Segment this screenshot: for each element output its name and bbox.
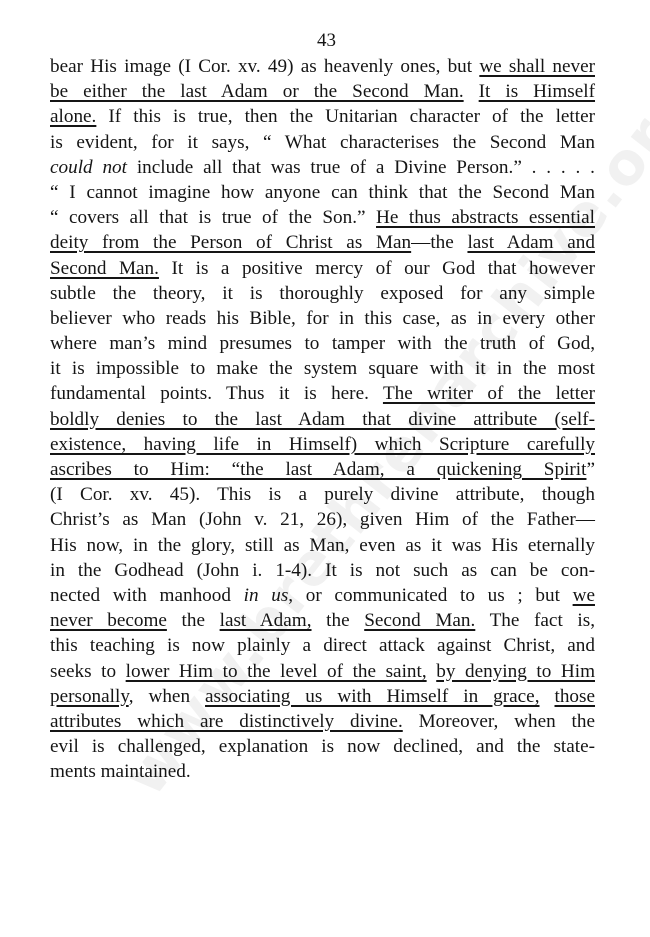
text-run: , when xyxy=(129,686,205,707)
underlined-passage: attributes which are distinctively divin… xyxy=(50,711,403,732)
text-line: His now, in the glory, still as Man, eve… xyxy=(50,533,595,558)
text-line: existence, having life in Himself) which… xyxy=(50,432,595,457)
text-run: fundamental points. Thus it is here. xyxy=(50,383,383,404)
text-run: , or communicated to us ; but xyxy=(288,585,572,606)
text-line: deity from the Person of Christ as Man—t… xyxy=(50,230,595,255)
text-run: it is impossible to make the system squa… xyxy=(50,358,595,379)
underlined-passage: ascribes to Him: “the last Adam, a quick… xyxy=(50,459,586,480)
text-line: bear His image (I Cor. xv. 49) as heaven… xyxy=(50,54,595,79)
underlined-passage: be either the last Adam or the Second Ma… xyxy=(50,81,464,102)
text-run: The fact is, xyxy=(475,610,595,631)
underlined-passage: personally xyxy=(50,686,129,707)
italic-text: in us xyxy=(244,585,289,606)
text-line: (I Cor. xv. 45). This is a purely divine… xyxy=(50,482,595,507)
text-line: Second Man. It is a positive mercy of ou… xyxy=(50,256,595,281)
underlined-passage: The writer of the letter xyxy=(383,383,595,404)
text-line: ments maintained. xyxy=(50,759,595,784)
text-line: where man’s mind presumes to tamper with… xyxy=(50,331,595,356)
underlined-passage: we shall never xyxy=(479,56,595,77)
underlined-passage: lower Him to the level of the saint, xyxy=(126,661,427,682)
body-text: bear His image (I Cor. xv. 49) as heaven… xyxy=(50,54,595,784)
text-run: is evident, for it says, “ What characte… xyxy=(50,132,595,153)
text-run: “ I cannot imagine how anyone can think … xyxy=(50,182,595,203)
underlined-passage: associating us with Himself in grace, xyxy=(205,686,539,707)
text-run: ments maintained. xyxy=(50,761,191,782)
text-run: If this is true, then the Unitarian char… xyxy=(96,106,595,127)
text-line: “ I cannot imagine how anyone can think … xyxy=(50,180,595,205)
text-line: boldly denies to the last Adam that divi… xyxy=(50,407,595,432)
text-run: (I Cor. xv. 45). This is a purely divine… xyxy=(50,484,595,505)
text-run: seeks to xyxy=(50,661,126,682)
underlined-passage: we xyxy=(573,585,595,606)
text-run: —the xyxy=(411,232,467,253)
underlined-passage: alone. xyxy=(50,106,96,127)
page-number: 43 xyxy=(50,30,595,52)
text-run: the xyxy=(312,610,365,631)
underlined-passage: existence, having life in Himself) which… xyxy=(50,434,595,455)
text-line: could not include all that was true of a… xyxy=(50,155,595,180)
text-run: nected with manhood xyxy=(50,585,244,606)
underlined-passage: Second Man. xyxy=(364,610,475,631)
text-run xyxy=(427,661,437,682)
text-line: in the Godhead (John i. 1-4). It is not … xyxy=(50,558,595,583)
underlined-passage: Second Man. xyxy=(50,258,159,279)
text-line: “ covers all that is true of the Son.” H… xyxy=(50,205,595,230)
text-line: fundamental points. Thus it is here. The… xyxy=(50,381,595,406)
underlined-passage: boldly denies to the last Adam that divi… xyxy=(50,409,595,430)
text-line: seeks to lower Him to the level of the s… xyxy=(50,659,595,684)
text-run: Moreover, when the xyxy=(403,711,595,732)
text-line: is evident, for it says, “ What characte… xyxy=(50,130,595,155)
text-run: Christ’s as Man (John v. 21, 26), given … xyxy=(50,509,595,530)
underlined-passage: by denying to Him xyxy=(436,661,595,682)
text-run xyxy=(540,686,555,707)
text-line: ascribes to Him: “the last Adam, a quick… xyxy=(50,457,595,482)
text-line: Christ’s as Man (John v. 21, 26), given … xyxy=(50,507,595,532)
text-line: never become the last Adam, the Second M… xyxy=(50,608,595,633)
underlined-passage: He thus abstracts essential xyxy=(376,207,595,228)
text-run: include all that was true of a Divine Pe… xyxy=(127,157,595,178)
underlined-passage: deity from the Person of Christ as Man xyxy=(50,232,411,253)
text-line: attributes which are distinctively divin… xyxy=(50,709,595,734)
text-run: bear His image (I Cor. xv. 49) as heaven… xyxy=(50,56,479,77)
text-line: personally, when associating us with Him… xyxy=(50,684,595,709)
text-run: in the Godhead (John i. 1-4). It is not … xyxy=(50,560,595,581)
text-line: evil is challenged, explanation is now d… xyxy=(50,734,595,759)
text-run: ” xyxy=(586,459,595,480)
text-line: alone. If this is true, then the Unitari… xyxy=(50,104,595,129)
text-run: where man’s mind presumes to tamper with… xyxy=(50,333,595,354)
text-run: believer who reads his Bible, for in thi… xyxy=(50,308,595,329)
text-run: It is a positive mercy of our God that h… xyxy=(159,258,595,279)
text-run xyxy=(464,81,479,102)
text-run: subtle the theory, it is thoroughly expo… xyxy=(50,283,595,304)
text-line: nected with manhood in us, or communicat… xyxy=(50,583,595,608)
underlined-passage: last Adam and xyxy=(467,232,595,253)
text-line: subtle the theory, it is thoroughly expo… xyxy=(50,281,595,306)
text-run: this teaching is now plainly a direct at… xyxy=(50,635,595,656)
text-line: believer who reads his Bible, for in thi… xyxy=(50,306,595,331)
underlined-passage: It is Himself xyxy=(479,81,595,102)
underlined-passage: those xyxy=(555,686,596,707)
text-run: “ covers all that is true of the Son.” xyxy=(50,207,376,228)
italic-text: could not xyxy=(50,157,127,178)
text-line: it is impossible to make the system squa… xyxy=(50,356,595,381)
text-run: His now, in the glory, still as Man, eve… xyxy=(50,535,595,556)
text-run: evil is challenged, explanation is now d… xyxy=(50,736,595,757)
underlined-passage: last Adam, xyxy=(220,610,312,631)
underlined-passage: never become xyxy=(50,610,167,631)
text-run: the xyxy=(167,610,220,631)
book-page: 43 bear His image (I Cor. xv. 49) as hea… xyxy=(50,30,595,784)
text-line: this teaching is now plainly a direct at… xyxy=(50,633,595,658)
text-line: be either the last Adam or the Second Ma… xyxy=(50,79,595,104)
